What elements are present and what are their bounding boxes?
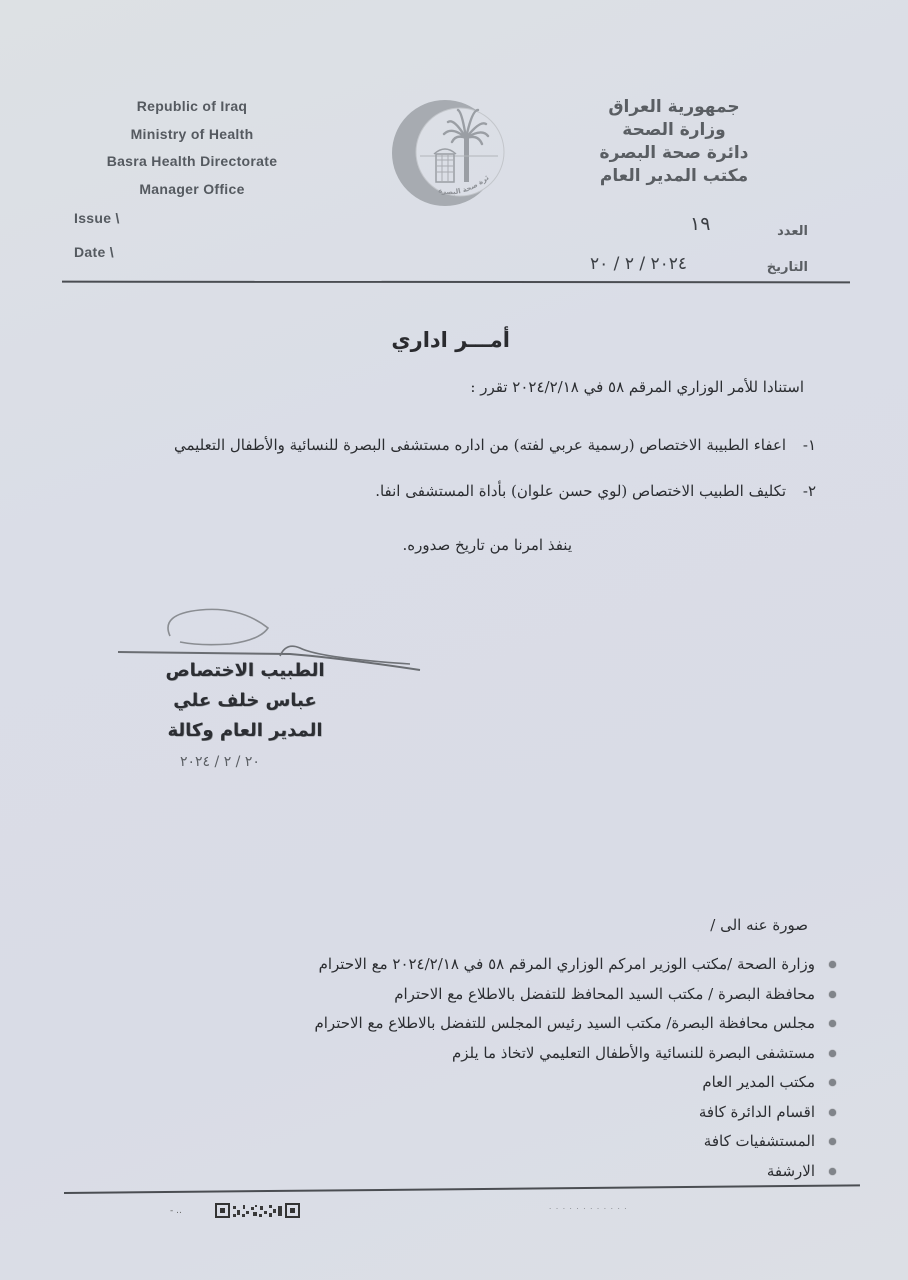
- bullet-icon: [829, 991, 836, 998]
- arabic-letterhead: جمهورية العراق وزارة الصحة دائرة صحة الب…: [564, 96, 784, 188]
- english-letterhead: Republic of Iraq Ministry of Health Basr…: [72, 96, 312, 206]
- cc-list-item: وزارة الصحة /مكتب الوزير امركم الوزاري ا…: [314, 950, 836, 980]
- decision-text: تكليف الطبيب الاختصاص (لوي حسن علوان) بأ…: [375, 482, 786, 500]
- cc-list-item: مستشفى البصرة للنسائية والأطفال التعليمي…: [314, 1039, 836, 1069]
- footer-marks: ‑ ..: [170, 1206, 182, 1216]
- decision-item: ١- اعفاء الطبيبة الاختصاص (رسمية عربي لف…: [174, 436, 816, 454]
- barcode-icon: [215, 1203, 301, 1219]
- date-label-ar: التاريخ: [767, 260, 808, 275]
- bullet-icon: [829, 961, 836, 968]
- signature-date: ٢٠ / ٢ / ٢٠٢٤: [180, 754, 260, 770]
- bullet-icon: [829, 1079, 836, 1086]
- issue-label-en: Issue \: [74, 210, 120, 226]
- bullet-icon: [829, 1138, 836, 1145]
- administrative-order-document: Republic of Iraq Ministry of Health Basr…: [0, 0, 908, 1280]
- bullet-icon: [829, 1168, 836, 1175]
- cc-list-item: المستشفيات كافة: [314, 1127, 836, 1157]
- cc-list-item: محافظة البصرة / مكتب السيد المحافظ للتفض…: [314, 980, 836, 1010]
- bullet-icon: [829, 1109, 836, 1116]
- letterhead-line-republic-ar: جمهورية العراق: [564, 96, 784, 119]
- bullet-icon: [829, 1050, 836, 1057]
- date-label-en: Date \: [74, 244, 114, 260]
- signatory-name: عباس خلف علي: [150, 686, 340, 716]
- directorate-logo-icon: دائرة صحة البصرة: [390, 96, 508, 210]
- decision-number: ١-: [803, 436, 816, 454]
- decision-item: ٢- تكليف الطبيب الاختصاص (لوي حسن علوان)…: [375, 482, 816, 500]
- order-preamble: استنادا للأمر الوزاري المرقم ٥٨ في ٢٠٢٤/…: [470, 378, 804, 396]
- decision-text: اعفاء الطبيبة الاختصاص (رسمية عربي لفته)…: [174, 436, 786, 454]
- issue-number-handwritten: ١٩: [690, 213, 710, 235]
- cc-list-item: مجلس محافظة البصرة/ مكتب السيد رئيس المج…: [314, 1009, 836, 1039]
- cc-recipient-list: وزارة الصحة /مكتب الوزير امركم الوزاري ا…: [314, 950, 836, 1186]
- enactment-statement: ينفذ امرنا من تاريخ صدوره.: [403, 536, 572, 554]
- signatory-position: المدير العام وكالة: [150, 716, 340, 746]
- cc-list-item: مكتب المدير العام: [314, 1068, 836, 1098]
- decision-number: ٢-: [803, 482, 816, 500]
- document-title: أمـــر اداري: [391, 328, 510, 352]
- date-handwritten: ٢٠٢٤ / ٢ / ٢٠: [590, 254, 687, 274]
- header-divider: [62, 281, 850, 284]
- bullet-icon: [829, 1020, 836, 1027]
- issue-label-ar: العدد: [777, 224, 808, 239]
- letterhead-line-ministry-ar: وزارة الصحة: [564, 119, 784, 142]
- letterhead-line-directorate-ar: دائرة صحة البصرة: [564, 142, 784, 165]
- letterhead-line-republic: Republic of Iraq: [72, 96, 312, 124]
- letterhead-line-office: Manager Office: [72, 179, 312, 207]
- letterhead-line-directorate: Basra Health Directorate: [72, 151, 312, 179]
- letterhead-line-ministry: Ministry of Health: [72, 124, 312, 152]
- letterhead-line-office-ar: مكتب المدير العام: [564, 165, 784, 188]
- cc-list-item: اقسام الدائرة كافة: [314, 1098, 836, 1128]
- signatory-block: الطبيب الاختصاص عباس خلف علي المدير العا…: [150, 656, 340, 746]
- cc-heading: صورة عنه الى /: [710, 916, 808, 934]
- footer-note: ٠ ٠ ٠ ٠ ٠ ٠ ٠ ٠ ٠ ٠ ٠ ٠: [548, 1204, 628, 1213]
- signatory-title: الطبيب الاختصاص: [150, 656, 340, 686]
- cc-list-item: الارشفة: [314, 1157, 836, 1187]
